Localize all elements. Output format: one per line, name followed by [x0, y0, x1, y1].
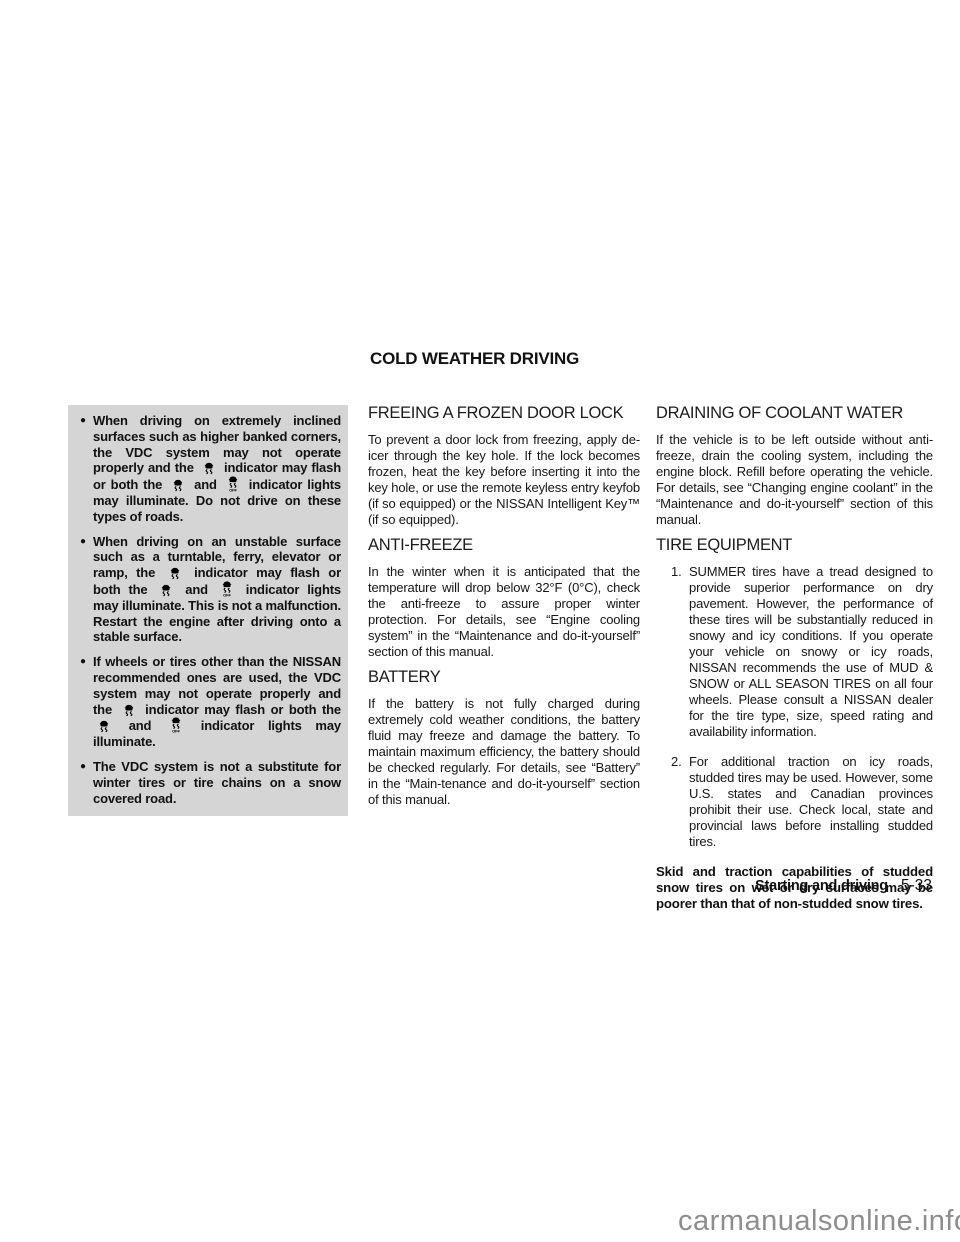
svg-text:OFF: OFF — [223, 592, 231, 597]
slip-indicator-icon — [172, 479, 184, 492]
list-item-text: SUMMER tires have a tread designed to pr… — [689, 564, 933, 739]
list-item-text: For additional traction on icy roads, st… — [689, 754, 933, 849]
section-heading: ANTI-FREEZE — [368, 536, 640, 555]
footer-section-label: Starting and driving — [755, 878, 888, 894]
slip-indicator-icon — [98, 720, 110, 733]
slip-indicator-icon — [169, 567, 181, 580]
column-middle: FREEING A FROZEN DOOR LOCK To prevent a … — [368, 404, 640, 816]
section-tire-equipment: TIRE EQUIPMENT 1. SUMMER tires have a tr… — [656, 536, 933, 912]
page-footer: Starting and driving5-33 — [755, 877, 932, 895]
bullet-marker: ● — [80, 759, 86, 775]
warning-bullet: ●If wheels or tires other than the NISSA… — [75, 654, 341, 750]
section-heading: FREEING A FROZEN DOOR LOCK — [368, 404, 640, 423]
section-heading: TIRE EQUIPMENT — [656, 536, 933, 555]
warning-list: ●When driving on extremely inclined surf… — [75, 413, 341, 806]
watermark: carmanualsonline.info — [678, 1205, 960, 1238]
list-item-number: 1. — [671, 564, 682, 580]
vdc-off-indicator-icon: OFF — [221, 581, 233, 597]
bullet-text: When driving on extremely inclined surfa… — [93, 413, 341, 524]
section-body: In the winter when it is anticipated tha… — [368, 564, 640, 660]
slip-indicator-icon — [203, 462, 215, 475]
bullet-text: The VDC system is not a substitute for w… — [93, 759, 341, 806]
warning-bullet: ●When driving on extremely inclined surf… — [75, 413, 341, 525]
section-heading: DRAINING OF COOLANT WATER — [656, 404, 933, 423]
vdc-warning-box: ●When driving on extremely inclined surf… — [68, 405, 348, 816]
section-body: To prevent a door lock from freezing, ap… — [368, 432, 640, 528]
column-right: DRAINING OF COOLANT WATER If the vehicle… — [656, 404, 933, 920]
section-battery: BATTERY If the battery is not fully char… — [368, 668, 640, 808]
tire-list-item: 1. SUMMER tires have a tread designed to… — [656, 564, 933, 740]
warning-bullet: ●When driving on an unstable surface suc… — [75, 534, 341, 646]
list-item-number: 2. — [671, 754, 682, 770]
bullet-marker: ● — [80, 413, 86, 429]
bullet-marker: ● — [80, 654, 86, 670]
footer-page-number: 5-33 — [901, 877, 932, 894]
bullet-text: When driving on an unstable surface such… — [93, 534, 341, 645]
section-body: If the vehicle is to be left outside wit… — [656, 432, 933, 528]
section-heading: BATTERY — [368, 668, 640, 687]
vdc-off-indicator-icon: OFF — [227, 476, 239, 492]
manual-page: COLD WEATHER DRIVING ●When driving on ex… — [0, 0, 960, 1242]
svg-text:OFF: OFF — [172, 729, 180, 734]
section-freeing-frozen-door-lock: FREEING A FROZEN DOOR LOCK To prevent a … — [368, 404, 640, 528]
section-draining-coolant-water: DRAINING OF COOLANT WATER If the vehicle… — [656, 404, 933, 528]
slip-indicator-icon — [160, 584, 172, 597]
bullet-marker: ● — [80, 534, 86, 550]
tire-list-item: 2. For additional traction on icy roads,… — [656, 754, 933, 850]
bullet-text: If wheels or tires other than the NISSAN… — [93, 654, 341, 749]
vdc-off-indicator-icon: OFF — [170, 717, 182, 733]
warning-bullet: ●The VDC system is not a substitute for … — [75, 759, 341, 806]
slip-indicator-icon — [123, 704, 135, 717]
section-anti-freeze: ANTI-FREEZE In the winter when it is ant… — [368, 536, 640, 660]
section-body: If the battery is not fully charged duri… — [368, 696, 640, 808]
svg-text:OFF: OFF — [229, 488, 237, 493]
page-title: COLD WEATHER DRIVING — [370, 349, 579, 369]
